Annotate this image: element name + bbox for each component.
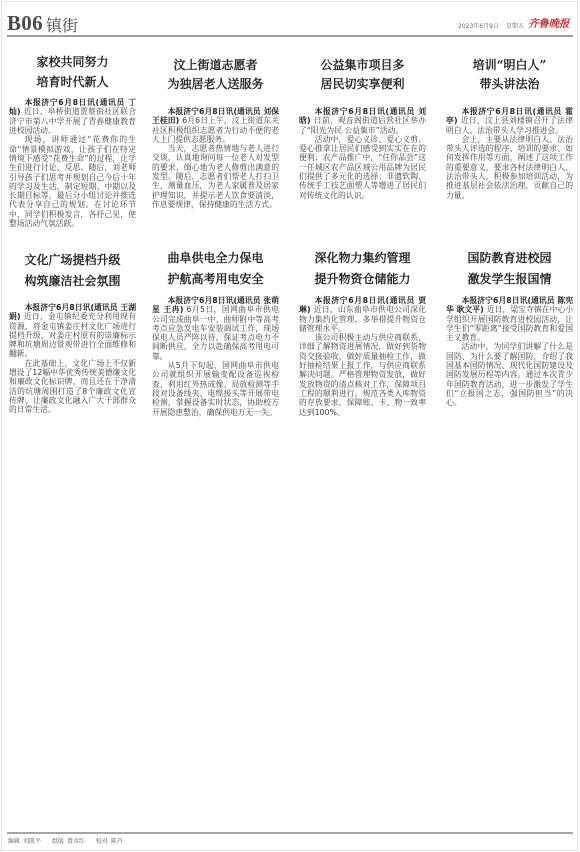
article-wenshang-volunteers[interactable]: 汶上街道志愿者 为独居老人送服务 本报济宁6月8日讯(通讯员 刘保 王桂田)6月… bbox=[152, 56, 279, 209]
headline-line: 提升物资仓储能力 bbox=[299, 269, 426, 290]
article-body: 本报济宁6月8日讯(通讯员 霍亭)近日，汶上县刘楼镇召开了法律明白人、法治带头人… bbox=[446, 107, 573, 200]
headline-line: 构筑廉洁社会氛围 bbox=[9, 271, 136, 292]
paragraph-text: 日前，观音阁街道后营社区举办了“阳光为民 公益集市”活动。 bbox=[299, 116, 426, 134]
article-headline: 家校共同努力 培育时代新人 bbox=[9, 53, 136, 92]
credit-editor: 编辑刘凯平 bbox=[8, 838, 41, 845]
headline-line: 家校共同努力 bbox=[9, 53, 136, 73]
article-body: 本报济宁6月8日讯(通讯员 刘保 王桂田)6月6日上午，汶上街道东关社区积极组织… bbox=[152, 107, 279, 209]
article-body: 本报济宁6月8日讯(通讯员 陈宪华 耿文平)近日，梁宝寺镇在中心小学组织开展国防… bbox=[446, 296, 573, 408]
article-paragraph: 本报济宁6月8日讯(通讯员 张萌星 王冉)6月5日，国网曲阜市供电公司完成曲阜一… bbox=[152, 296, 279, 361]
article-headline: 曲阜供电全力保电 护航高考用电安全 bbox=[152, 248, 279, 289]
headline-line: 文化广场提档升级 bbox=[9, 250, 136, 271]
article-headline: 公益集市项目多 居民切实享便利 bbox=[299, 56, 426, 93]
article-paragraph: 会上，主要从法律明白人、法治带头人评选的程序、培训的要求、如何发挥作用等方面，阐… bbox=[446, 135, 573, 200]
issue-date-line: 2023年6月9日星期五 bbox=[458, 21, 524, 30]
article-headline: 深化物力集约管理 提升物资仓储能力 bbox=[299, 248, 426, 289]
headline-line: 汶上街道志愿者 bbox=[152, 56, 279, 75]
header-divider bbox=[7, 35, 573, 37]
paragraph-text: 近日，山东曲阜市供电公司深化物力集约化管理，多举措提升物资仓储管理水平。 bbox=[299, 305, 426, 333]
article-paragraph: 当天，志愿者热情地与老人进行交谈，认真地询问每一位老人对发型的要求，细心地为老人… bbox=[152, 144, 279, 209]
article-paragraph: 活动中，为同学们讲解了什么是国防、为什么要了解国防，介绍了我国基本国防情况、现代… bbox=[446, 342, 573, 407]
article-charity-market[interactable]: 公益集市项目多 居民切实享便利 本报济宁6月8日讯(通讯员 刘晗)日前，观音阁街… bbox=[299, 56, 426, 200]
page-code: B06 bbox=[7, 11, 43, 36]
headline-line: 带头讲法治 bbox=[446, 75, 573, 94]
issue-date: 2023年6月9日 bbox=[458, 23, 499, 30]
article-headline: 国防教育进校园 激发学生报国情 bbox=[446, 248, 573, 289]
credit-name: 刘凯平 bbox=[23, 838, 41, 845]
article-paragraph: 该公司积极主动与供应商联系，详细了解物资进展情况，做好到货物资交接验收，做好质量… bbox=[299, 333, 426, 417]
headline-line: 居民切实享便利 bbox=[299, 75, 426, 94]
credit-name: 曾彦红 bbox=[67, 838, 85, 845]
credit-label: 校对 bbox=[96, 838, 108, 845]
article-paragraph: 本报济宁6月8日讯(通讯员 王湖娟)近日，金屯镇纪委充分利用现有资源，将金屯镇姜… bbox=[9, 303, 136, 359]
headline-line: 护航高考用电安全 bbox=[152, 269, 279, 290]
article-headline: 文化广场提档升级 构筑廉洁社会氛围 bbox=[9, 250, 136, 292]
article-body: 本报济宁6月8日讯(通讯员 王湖娟)近日，金屯镇纪委充分利用现有资源，将金屯镇姜… bbox=[9, 303, 136, 415]
article-body: 本报济宁6月8日讯(通讯员 张萌星 王冉)6月5日，国网曲阜市供电公司完成曲阜一… bbox=[152, 296, 279, 417]
headline-line: 公益集市项目多 bbox=[299, 56, 426, 75]
article-body: 本报济宁6月8日讯(通讯员 贾琳)近日，山东曲阜市供电公司深化物力集约化管理，多… bbox=[299, 296, 426, 417]
headline-line: 深化物力集约管理 bbox=[299, 248, 426, 269]
article-headline: 培训“明白人” 带头讲法治 bbox=[446, 56, 573, 93]
article-paragraph: 现场，讲师通过“花费你的生命”情景模拟游戏，让孩子们在特定情境下感受“花费生命”… bbox=[9, 135, 136, 228]
article-culture-square[interactable]: 文化广场提档升级 构筑廉洁社会氛围 本报济宁6月8日讯(通讯员 王湖娟)近日，金… bbox=[9, 250, 136, 415]
article-body: 本报济宁6月8日讯(通讯员 刘晗)日前，观音阁街道后营社区举办了“阳光为民 公益… bbox=[299, 107, 426, 200]
headline-line: 培训“明白人” bbox=[446, 56, 573, 75]
article-headline: 汶上街道志愿者 为独居老人送服务 bbox=[152, 56, 279, 93]
credit-label: 编辑 bbox=[8, 838, 20, 845]
paragraph-text: 6月5日，国网曲阜市供电公司完成曲阜一中、曲师附中等高考考点应急发电车安装调试工… bbox=[152, 305, 279, 360]
credit-layout: 组版曾彦红 bbox=[52, 838, 85, 845]
footer-divider bbox=[7, 832, 573, 834]
article-paragraph: 活动中，爱心义诊、爱心义剪、爱心推拿让居民们感受到实实在在的便利；农产品推广中，… bbox=[299, 135, 426, 200]
headline-line: 激发学生报国情 bbox=[446, 269, 573, 290]
issue-weekday: 星期五 bbox=[506, 23, 524, 30]
article-material-management[interactable]: 深化物力集约管理 提升物资仓储能力 本报济宁6月8日讯(通讯员 贾琳)近日，山东… bbox=[299, 248, 426, 417]
paragraph-text: 近日，金屯镇纪委充分利用现有资源，将金屯镇姜庄村文化广场进行提档升级，对姜庄村原… bbox=[9, 312, 136, 358]
article-paragraph: 本报济宁6月8日讯(通讯员 贾琳)近日，山东曲阜市供电公司深化物力集约化管理，多… bbox=[299, 296, 426, 333]
article-paragraph: 本报济宁6月8日讯(通讯员 刘晗)日前，观音阁街道后营社区举办了“阳光为民 公益… bbox=[299, 107, 426, 135]
credit-label: 组版 bbox=[52, 838, 64, 845]
article-paragraph: 本报济宁6月8日讯(通讯员 霍亭)近日，汶上县刘楼镇召开了法律明白人、法治带头人… bbox=[446, 107, 573, 135]
article-legal-training[interactable]: 培训“明白人” 带头讲法治 本报济宁6月8日讯(通讯员 霍亭)近日，汶上县刘楼镇… bbox=[446, 56, 573, 200]
article-national-defense-education[interactable]: 国防教育进校园 激发学生报国情 本报济宁6月8日讯(通讯员 陈宪华 耿文平)近日… bbox=[446, 248, 573, 408]
headline-line: 培育时代新人 bbox=[9, 73, 136, 93]
page-credits: 编辑刘凯平 组版曾彦红 校对陈丹 bbox=[8, 836, 132, 845]
headline-line: 为独居老人送服务 bbox=[152, 75, 279, 94]
article-paragraph: 本报济宁6月8日讯(通讯员 陈宪华 耿文平)近日，梁宝寺镇在中心小学组织开展国防… bbox=[446, 296, 573, 342]
article-qufu-power-supply[interactable]: 曲阜供电全力保电 护航高考用电安全 本报济宁6月8日讯(通讯员 张萌星 王冉)6… bbox=[152, 248, 279, 417]
headline-line: 国防教育进校园 bbox=[446, 248, 573, 269]
article-family-school-education[interactable]: 家校共同努力 培育时代新人 本报济宁6月8日讯(通讯员 丁灿)近日，阜桥街道贾蔡… bbox=[9, 53, 136, 228]
newspaper-logo: 齐鲁晚报 bbox=[528, 16, 569, 31]
headline-line: 曲阜供电全力保电 bbox=[152, 248, 279, 269]
article-paragraph: 本报济宁6月8日讯(通讯员 刘保 王桂田)6月6日上午，汶上街道东关社区积极组织… bbox=[152, 107, 279, 144]
article-paragraph: 本报济宁6月8日讯(通讯员 丁灿)近日，阜桥街道贾蔡街社区联合济宁市第八中学开展… bbox=[9, 98, 136, 135]
article-paragraph: 从5月下旬起，国网曲阜市供电公司就组织开展输变配设备巡视检查，利用红外热成像、局… bbox=[152, 361, 279, 417]
paragraph-text: 近日，汶上县刘楼镇召开了法律明白人、法治带头人学习推进会。 bbox=[446, 116, 573, 134]
article-paragraph: 在此基础上，文化广场上不仅新增设了12幅中华优秀传统美德廉文化和廉政文化标识牌，… bbox=[9, 359, 136, 415]
article-body: 本报济宁6月8日讯(通讯员 丁灿)近日，阜桥街道贾蔡街社区联合济宁市第八中学开展… bbox=[9, 98, 136, 228]
paragraph-text: 近日，阜桥街道贾蔡街社区联合济宁市第八中学开展了青春健康教育进校园活动。 bbox=[9, 107, 136, 135]
credit-proofreader: 校对陈丹 bbox=[96, 838, 123, 845]
credit-name: 陈丹 bbox=[111, 838, 123, 845]
section-name: 镇街 bbox=[46, 13, 78, 36]
